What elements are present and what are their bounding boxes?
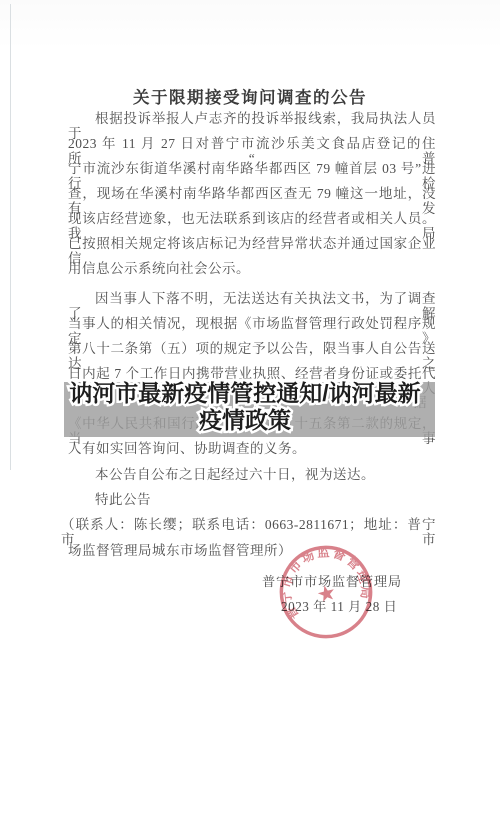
official-seal-stamp: 普宁市市场监督管理局 <box>278 544 374 640</box>
doc-line: 人有如实回答询问、协助调查的义务。 <box>68 441 436 456</box>
doc-line: 用信息公示系统向社会公示。 <box>68 261 436 276</box>
svg-text:普宁市市场监督管理局: 普宁市市场监督管理局 <box>278 544 374 623</box>
overlay-headline-line2: 疫情政策 疫情政策 <box>40 407 450 434</box>
overlay-headline-line2-text: 疫情政策 <box>199 407 291 433</box>
stamp-arc-text: 普宁市市场监督管理局 <box>278 544 374 623</box>
scanned-notice-page: 关于限期接受询问调查的公告 根据投诉举报人卢志齐的投诉举报线索，我局执法人员于 … <box>0 0 500 823</box>
overlay-headline-line1: 讷河市最新疫情管控通知/讷河最新 讷河市最新疫情管控通知/讷河最新 <box>40 380 450 407</box>
stamp-star-icon <box>316 583 336 602</box>
overlay-headline-line1-text: 讷河市最新疫情管控通知/讷河最新 <box>69 380 420 406</box>
doc-line: 特此公告 <box>68 492 436 507</box>
page-edge-line <box>10 4 11 470</box>
page-title: 关于限期接受询问调查的公告 <box>0 84 500 108</box>
overlay-headline: 讷河市最新疫情管控通知/讷河最新 讷河市最新疫情管控通知/讷河最新 疫情政策 疫… <box>40 380 450 434</box>
doc-line: 本公告自公布之日起经过六十日，视为送达。 <box>68 467 436 482</box>
doc-line-contact: 场监督管理局城东市场监督管理所） <box>68 543 436 558</box>
